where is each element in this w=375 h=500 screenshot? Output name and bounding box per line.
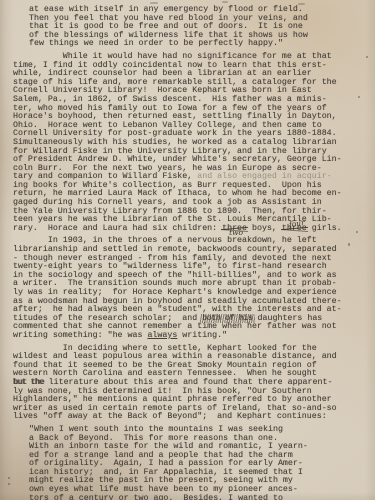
typewritten-text: rary. Horace and Laura had six children: xyxy=(13,224,222,233)
scribble-text: both of his xyxy=(202,314,252,323)
blockquote-paragraph: at ease with itself in any emergency by … xyxy=(29,6,375,49)
paper-speck xyxy=(8,477,10,479)
paper-mark xyxy=(298,3,305,5)
text-line: tors of a century or two ago. Besides, I… xyxy=(29,495,375,500)
document-text: at ease with itself in any emergency by … xyxy=(13,6,375,500)
typewritten-text: few things we need in order to be perfec… xyxy=(29,39,283,48)
text-line: few things we need in order to be perfec… xyxy=(29,40,375,49)
body-paragraph: In deciding where to settle, Kephart loo… xyxy=(13,345,375,422)
handwritten-correction: threetwo xyxy=(222,225,247,234)
text-line: lives "off away at the Back of Beyond"; … xyxy=(13,413,375,422)
paper-speck xyxy=(348,243,350,246)
text-line: rary. Horace and Laura had six children:… xyxy=(13,225,375,234)
paper-speck xyxy=(8,483,10,485)
paper-mark xyxy=(150,2,158,4)
body-paragraph: While it would have had no significance … xyxy=(13,53,375,233)
text-line: writing something: "he was always writin… xyxy=(13,332,375,341)
handwritten-correction: threefour xyxy=(282,225,307,234)
paper-speck xyxy=(366,56,368,58)
body-paragraph: In 1903, in the throes of a nervous brea… xyxy=(13,237,375,340)
paper-mark xyxy=(222,1,228,3)
paper-speck xyxy=(356,231,358,233)
typewritten-text: boys, xyxy=(247,224,282,233)
typewritten-text: tors of a century or two ago. Besides, I… xyxy=(29,494,283,500)
blockquote-paragraph: "When I went south into the mountains I … xyxy=(29,426,375,500)
underline-text: always xyxy=(147,331,177,340)
typewritten-text: writing something: "he was xyxy=(13,331,147,340)
typewritten-text: girls. xyxy=(307,224,342,233)
typewritten-text: writing." xyxy=(177,331,227,340)
paper-speck xyxy=(358,96,360,98)
handwritten-insert: two xyxy=(229,229,243,238)
typewritten-text: lives "off away at the Back of Beyond"; … xyxy=(13,412,327,421)
document-page: at ease with itself in any emergency by … xyxy=(0,0,375,500)
